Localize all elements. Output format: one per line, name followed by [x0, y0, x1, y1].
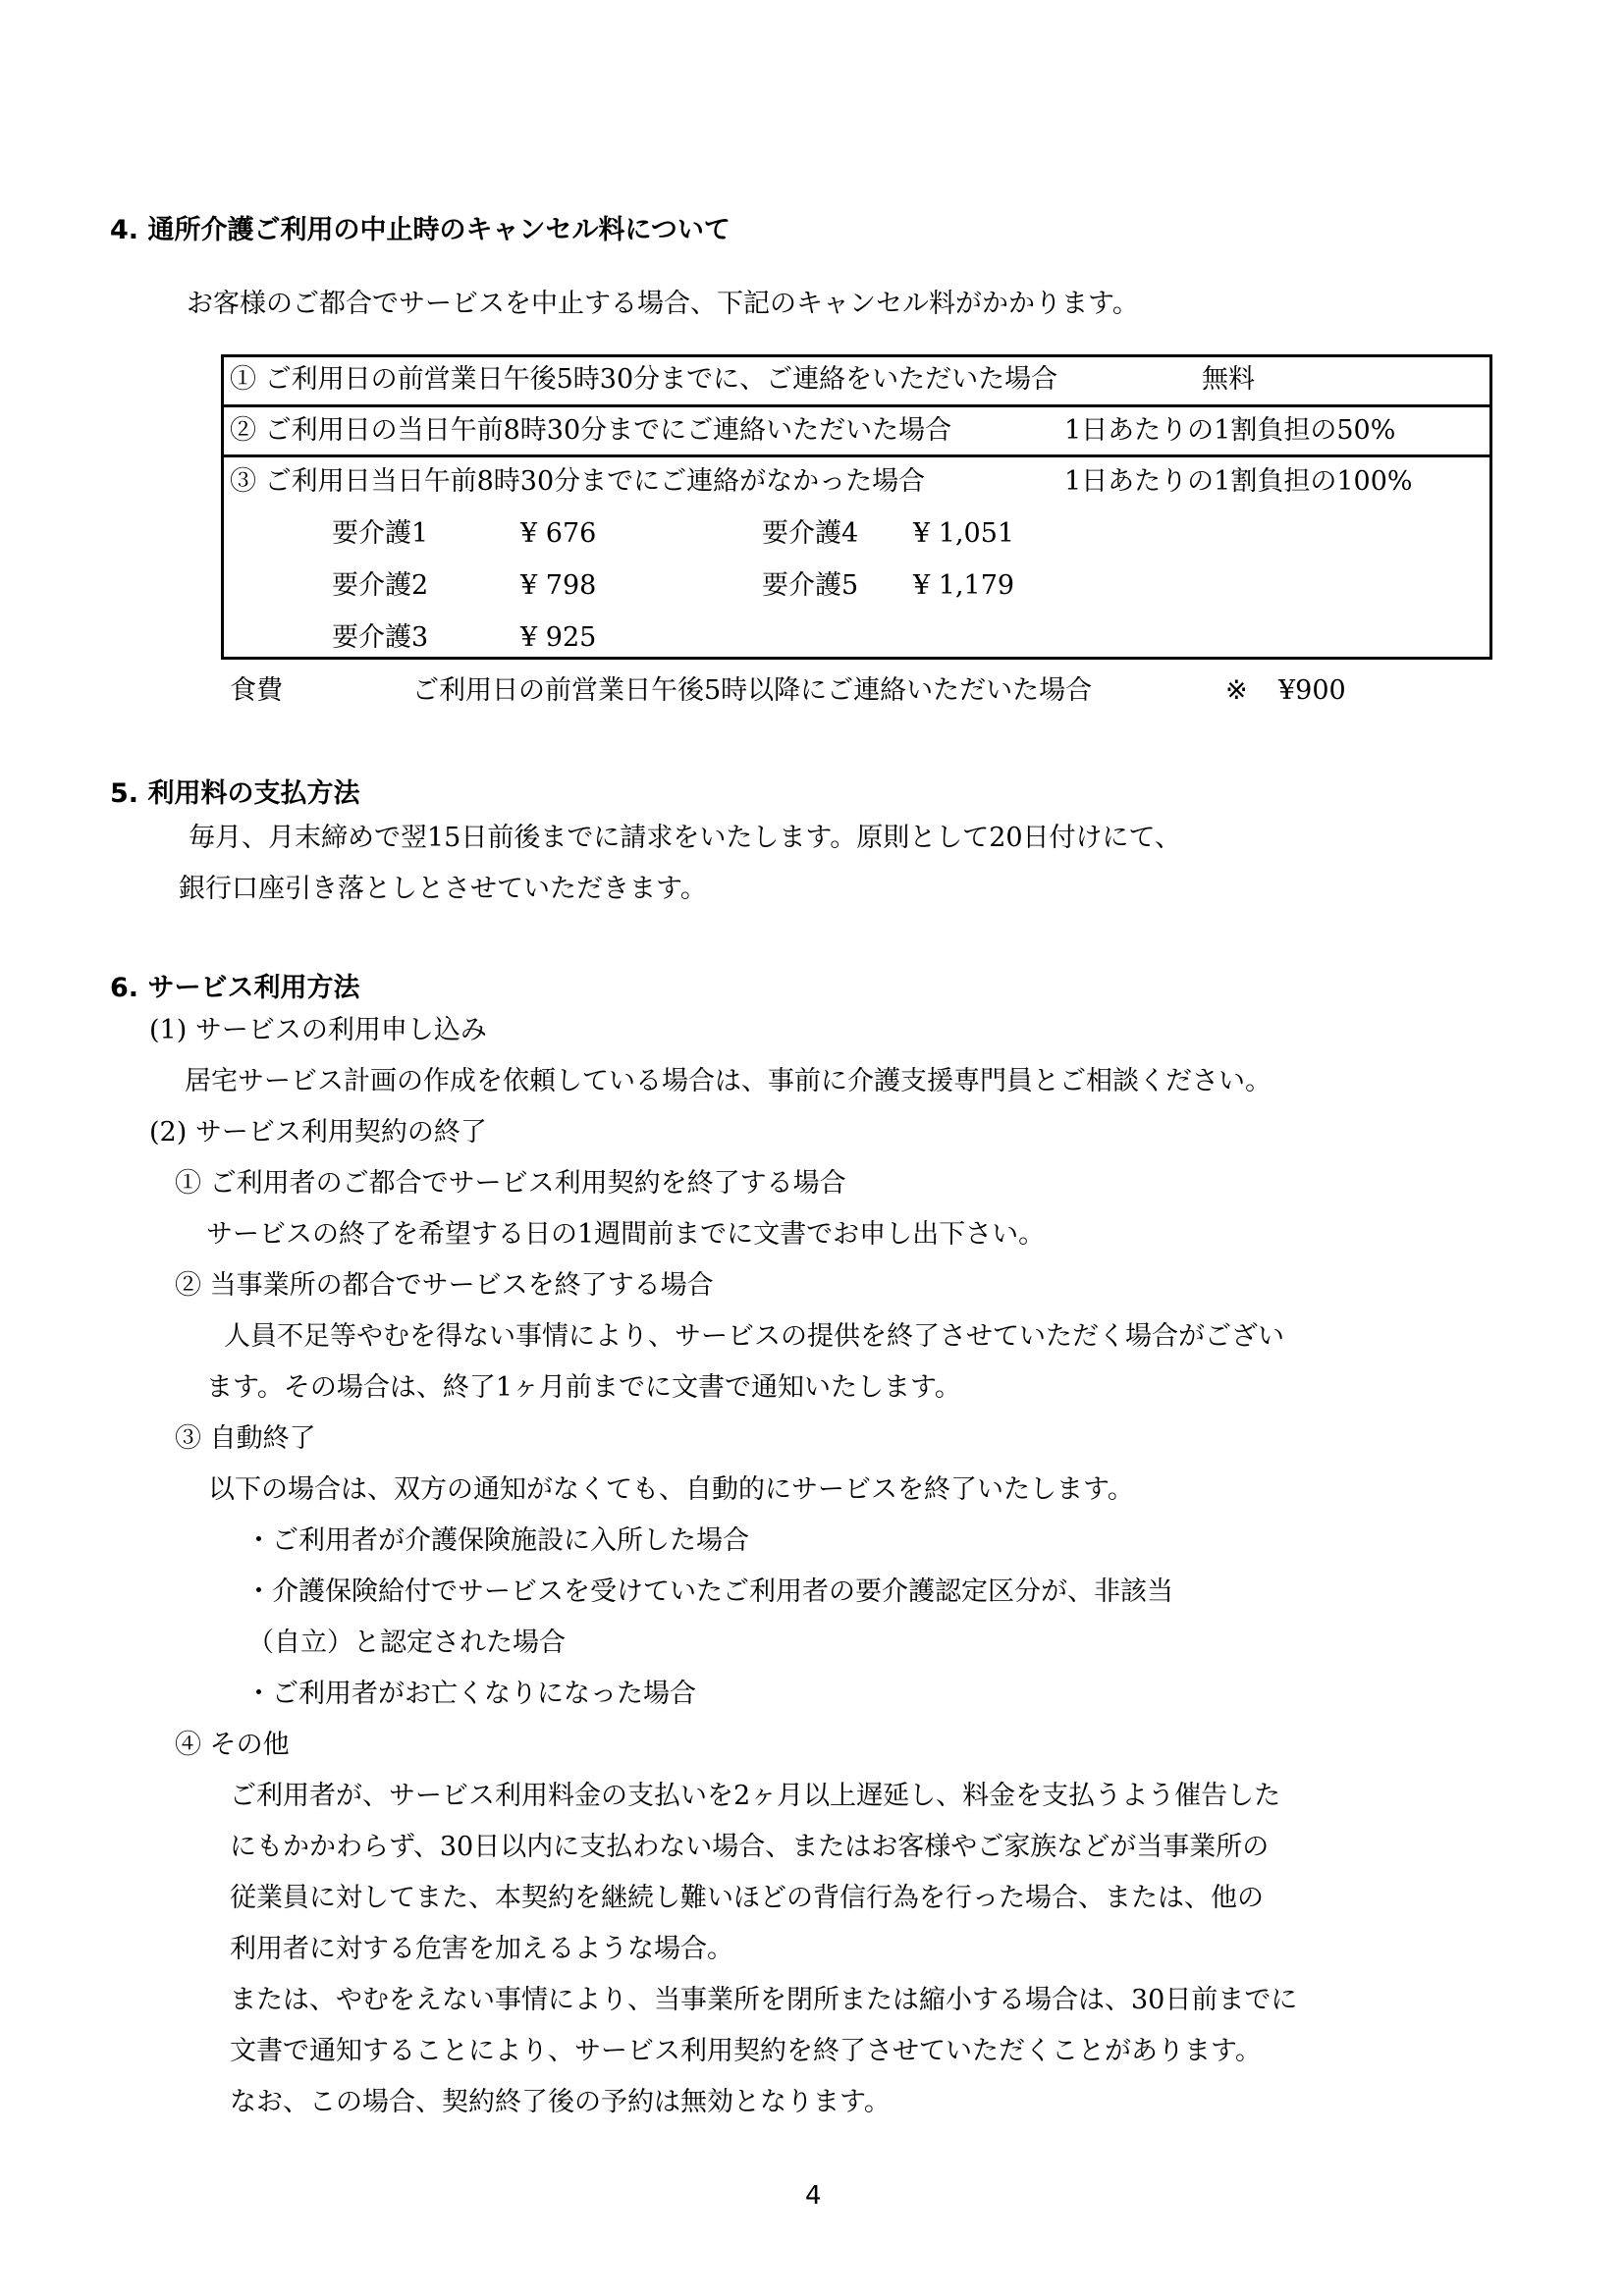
care-level-5-amount: ¥ 1,179 — [913, 572, 1014, 599]
item-2-line-1: 人員不足等やむを得ない事情により、サービスの提供を終了させていただく場合がござい — [224, 1323, 1284, 1350]
care-level-5-label: 要介護5 — [762, 572, 858, 599]
item-3-title: ③ 自動終了 — [175, 1425, 316, 1452]
care-level-3-label: 要介護3 — [332, 624, 428, 651]
item-2-line-2: ます。その場合は、終了1ヶ月前までに文書で通知いたします。 — [206, 1374, 961, 1401]
table-row-divider — [224, 404, 1489, 407]
care-level-2-label: 要介護2 — [332, 572, 428, 599]
section-5-heading: 5. 利用料の支払方法 — [110, 772, 359, 810]
item-3-bullet-2-cont: （自立）と認定された場合 — [247, 1629, 566, 1656]
cancellation-fee-table — [221, 354, 1492, 660]
item-4-line-4: 利用者に対する危害を加えるような場合。 — [230, 1936, 733, 1962]
section-4-heading: 4. 通所介護ご利用の中止時のキャンセル料について — [110, 208, 731, 246]
item-2-title: ② 当事業所の都合でサービスを終了する場合 — [175, 1272, 714, 1299]
section-5-line-2: 銀行口座引き落としとさせていただきます。 — [179, 876, 707, 902]
meal-amount: ¥900 — [1278, 677, 1346, 704]
care-level-4-label: 要介護4 — [762, 520, 858, 547]
fee-row-2-condition: ② ご利用日の当日午前8時30分までにご連絡いただいた場合 — [230, 417, 951, 444]
page-number: 4 — [805, 2181, 822, 2211]
fee-row-3-fee: 1日あたりの1割負担の100% — [1064, 468, 1413, 495]
item-3-bullet-2: ・介護保険給付でサービスを受けていたご利用者の要介護認定区分が、非該当 — [245, 1578, 1173, 1605]
document-page: 4. 通所介護ご利用の中止時のキャンセル料について お客様のご都合でサービスを中… — [0, 0, 1624, 2296]
item-4-line-7: なお、この場合、契約終了後の予約は無効となります。 — [230, 2089, 891, 2115]
care-level-4-amount: ¥ 1,051 — [913, 520, 1014, 547]
item-4-title: ④ その他 — [175, 1732, 290, 1758]
care-level-1-label: 要介護1 — [332, 520, 428, 547]
care-level-3-amount: ¥ 925 — [520, 624, 596, 651]
subsection-1-body: 居宅サービス計画の作成を依頼している場合は、事前に介護支援専門員とご相談ください… — [185, 1068, 1272, 1095]
item-1-title: ① ご利用者のご都合でサービス利用契約を終了する場合 — [175, 1170, 846, 1197]
item-3-bullet-1: ・ご利用者が介護保険施設に入所した場合 — [245, 1527, 749, 1554]
item-4-line-6: 文書で通知することにより、サービス利用契約を終了させていただくことがあります。 — [230, 2038, 1262, 2064]
care-level-1-amount: ¥ 676 — [520, 520, 596, 547]
item-4-line-5: または、やむをえない事情により、当事業所を閉所または縮小する場合は、30日前まで… — [230, 1987, 1297, 2013]
subsection-1-title: (1) サービスの利用申し込み — [149, 1017, 487, 1043]
fee-row-2-fee: 1日あたりの1割負担の50% — [1064, 417, 1395, 444]
item-4-line-1: ご利用者が、サービス利用料金の支払いを2ヶ月以上遅延し、料金を支払うよう催告した — [230, 1783, 1280, 1809]
section-5-line-1: 毎月、月末締めで翌15日前後までに請求をいたします。原則として20日付けにて、 — [189, 825, 1181, 851]
fee-row-3-condition: ③ ご利用日当日午前8時30分までにご連絡がなかった場合 — [230, 468, 925, 495]
item-3-bullet-3: ・ご利用者がお亡くなりになった場合 — [245, 1681, 696, 1707]
section-6-heading: 6. サービス利用方法 — [110, 966, 359, 1004]
care-level-2-amount: ¥ 798 — [520, 572, 596, 599]
fee-row-1-condition: ① ご利用日の前営業日午後5時30分までに、ご連絡をいただいた場合 — [230, 366, 1057, 393]
item-4-line-3: 従業員に対してまた、本契約を継続し難いほどの背信行為を行った場合、または、他の — [230, 1885, 1264, 1911]
fee-row-1-fee: 無料 — [1202, 366, 1255, 393]
meal-label: 食費 — [230, 677, 283, 704]
item-3-line-1: 以下の場合は、双方の通知がなくても、自動的にサービスを終了いたします。 — [208, 1476, 1134, 1503]
section-4-intro: お客様のご都合でサービスを中止する場合、下記のキャンセル料がかかります。 — [187, 291, 1139, 317]
subsection-2-title: (2) サービス利用契約の終了 — [149, 1119, 487, 1146]
item-4-line-2: にもかかわらず、30日以内に支払わない場合、またはお客様やご家族などが当事業所の — [230, 1834, 1269, 1860]
meal-mark: ※ — [1225, 677, 1248, 704]
table-row-divider — [224, 454, 1489, 457]
item-1-line-1: サービスの終了を希望する日の1週間前までに文書でお申し出下さい。 — [206, 1221, 1045, 1248]
meal-condition: ご利用日の前営業日午後5時以降にご連絡いただいた場合 — [412, 677, 1092, 704]
